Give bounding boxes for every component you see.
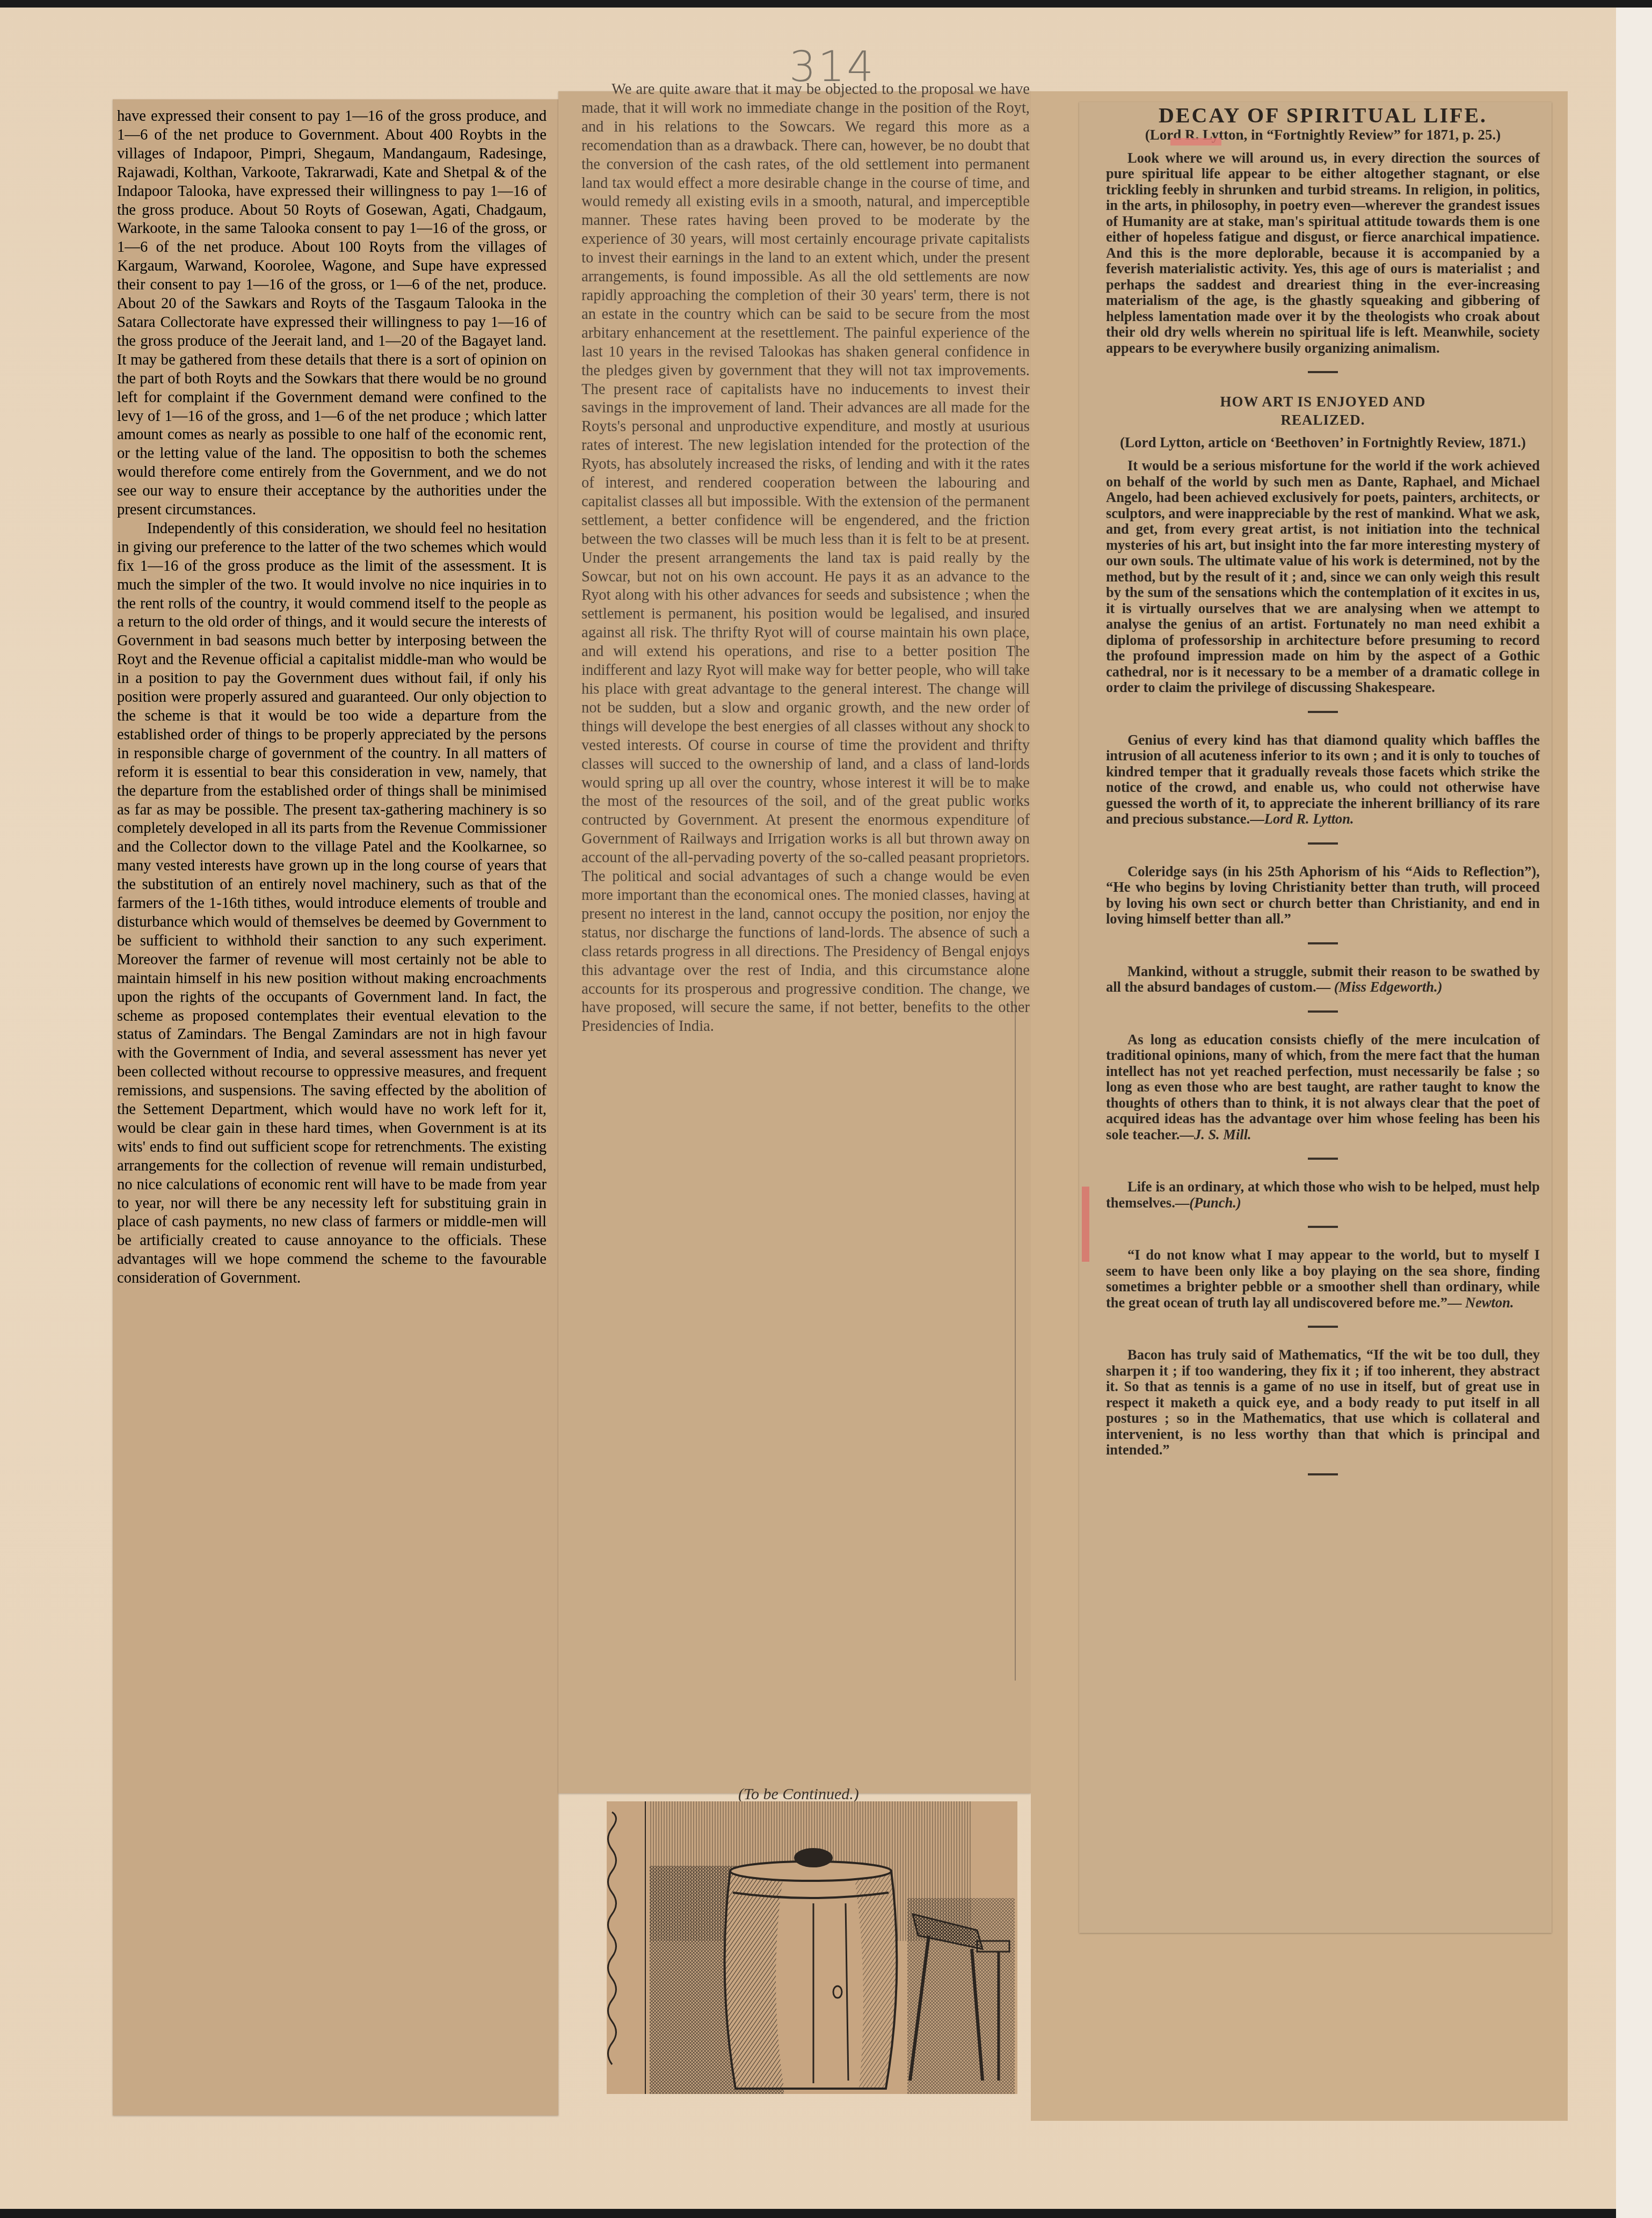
byline: (Lord Lytton, article on ‘Beethoven’ in … — [1106, 434, 1540, 450]
headline-how-art-is-enjoyed: HOW ART IS ENJOYED AND REALIZED. — [1106, 392, 1540, 429]
to-be-continued: (To be Continued.) — [738, 1785, 859, 1804]
quote-attribution: (Miss Edgeworth.) — [1334, 979, 1443, 995]
section-rule — [1308, 1473, 1338, 1475]
quote-text: Bacon has truly said of Mathematics, “If… — [1106, 1347, 1540, 1458]
section-rule — [1308, 1010, 1338, 1013]
quote-item: Coleridge says (in his 25th Aphorism of … — [1106, 864, 1540, 927]
quote-item: Genius of every kind has that diamond qu… — [1106, 732, 1540, 827]
article-paragraph: have expressed their consent to pay 1—16… — [117, 107, 547, 520]
quote-item: “I do not know what I may appear to the … — [1106, 1247, 1540, 1311]
quote-item: Bacon has truly said of Mathematics, “If… — [1106, 1347, 1540, 1458]
quote-text: Life is an ordinary, at which those who … — [1106, 1179, 1540, 1211]
red-pencil-underline — [1170, 138, 1221, 146]
section-rule — [1308, 942, 1338, 944]
quote-attribution: (Punch.) — [1189, 1195, 1241, 1211]
section-rule — [1308, 711, 1338, 713]
article-body: Look where we will around us, in every d… — [1106, 150, 1540, 357]
left-column-article: have expressed their consent to pay 1—16… — [117, 107, 547, 1288]
quote-text: As long as education consists chiefly of… — [1106, 1031, 1540, 1143]
right-column-articles: DECAY OF SPIRITUAL LIFE. (Lord R. Lytton… — [1106, 107, 1540, 1495]
section-rule — [1308, 842, 1338, 845]
barrel-engraving — [607, 1801, 1017, 2094]
article-body: It would be a serious misfortune for the… — [1106, 458, 1540, 696]
page-edge — [1616, 8, 1652, 2218]
red-pencil-margin-mark — [1082, 1187, 1089, 1262]
quote-attribution: Lord R. Lytton. — [1264, 811, 1354, 827]
section-rule — [1308, 1326, 1338, 1328]
quote-attribution: Newton. — [1465, 1295, 1514, 1311]
quote-text: Coleridge says (in his 25th Aphorism of … — [1106, 863, 1540, 927]
quote-attribution: J. S. Mill. — [1194, 1126, 1251, 1143]
article-paragraph: Independently of this consideration, we … — [117, 520, 547, 1288]
quote-item: Mankind, without a struggle, submit thei… — [1106, 964, 1540, 995]
section-rule — [1308, 1158, 1338, 1160]
quote-item: As long as education consists chiefly of… — [1106, 1032, 1540, 1143]
article-paragraph: We are quite aware that it may be object… — [581, 81, 1030, 1036]
section-rule — [1308, 371, 1338, 373]
headline-line: REALIZED. — [1281, 412, 1365, 428]
middle-column-article: We are quite aware that it may be object… — [581, 81, 1030, 1036]
quote-text: Mankind, without a struggle, submit thei… — [1106, 963, 1540, 995]
quote-item: Life is an ordinary, at which those who … — [1106, 1179, 1540, 1211]
headline-line: HOW ART IS ENJOYED AND — [1220, 394, 1425, 410]
headline-decay-of-spiritual-life: DECAY OF SPIRITUAL LIFE. — [1106, 107, 1540, 123]
section-rule — [1308, 1226, 1338, 1228]
